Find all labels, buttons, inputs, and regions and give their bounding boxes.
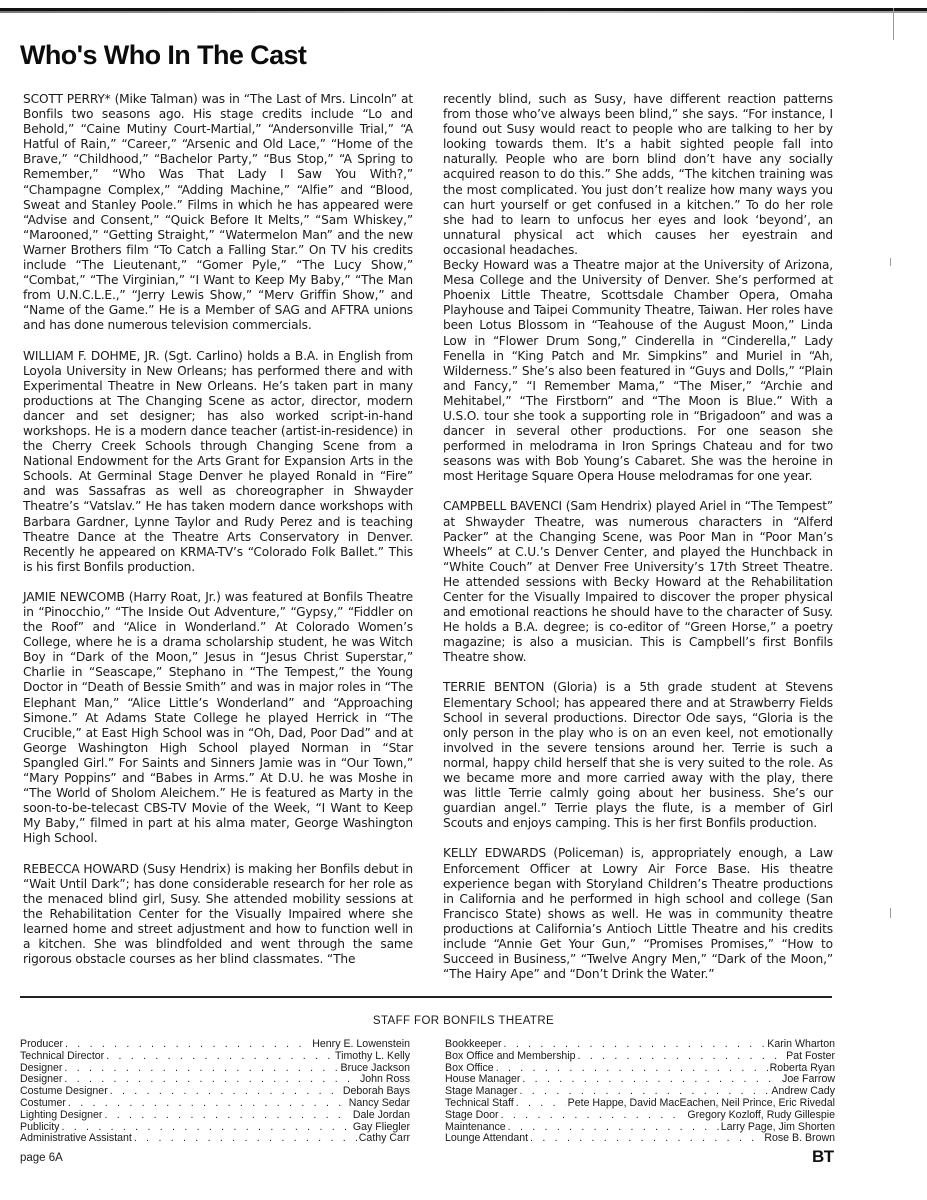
dot-leader [68,1098,347,1110]
edge-mark [890,258,891,266]
dot-leader [530,1133,762,1145]
staff-row: DesignerBruce Jackson [20,1063,410,1075]
staff-row: Technical DirectorTimothy L. Kelly [20,1051,410,1063]
dot-leader [64,1074,358,1086]
staff-role: Technical Director [20,1051,104,1063]
bio-terrie-benton: TERRIE BENTON (Gloria) is a 5th grade st… [443,680,833,831]
staff-row: Administrative AssistantCathy Carr [20,1133,410,1145]
dot-leader [496,1063,768,1075]
staff-row: Lounge AttendantRose B. Brown [445,1133,835,1145]
dot-leader [104,1110,350,1122]
bio-scott-perry: SCOTT PERRY* (Mike Talman) was in “The L… [23,92,413,334]
bio-becky-howard: Becky Howard was a Theatre major at the … [443,258,833,484]
staff-name: Nancy Sedar [349,1098,410,1110]
page-title: Who's Who In The Cast [20,40,306,71]
bio-rebecca-howard-continued: recently blind, such as Susy, have diffe… [443,92,833,258]
staff-row: Lighting DesignerDale Jordan [20,1110,410,1122]
staff-role: Box Office and Membership [445,1051,576,1063]
bio-kelly-edwards: KELLY EDWARDS (Policeman) is, appropriat… [443,846,833,982]
dot-leader [578,1051,785,1063]
staff-role: Administrative Assistant [20,1133,132,1145]
staff-heading: STAFF FOR BONFILS THEATRE [0,1015,927,1027]
staff-name: Pete Happe, David MacEachen, Neil Prince… [568,1098,835,1110]
staff-name: Dale Jordan [353,1110,410,1122]
dot-leader [508,1122,719,1134]
dot-leader [134,1133,357,1145]
staff-role: Lighting Designer [20,1110,102,1122]
staff-row: CostumerNancy Sedar [20,1098,410,1110]
dot-leader [64,1063,338,1075]
staff-role: Stage Door [445,1110,499,1122]
staff-role: Technical Staff [445,1098,514,1110]
edge-mark [890,908,891,918]
staff-name: Timothy L. Kelly [335,1051,410,1063]
dot-leader [110,1086,341,1098]
staff-name: Cathy Carr [359,1133,410,1145]
dot-leader [501,1110,686,1122]
bio-column-right: recently blind, such as Susy, have diffe… [443,92,833,997]
staff-row: Box Office and MembershipPat Foster [445,1051,835,1063]
staff-list-right: BookkeeperKarin Wharton Box Office and M… [445,1039,835,1145]
bio-william-dohme: WILLIAM F. DOHME, JR. (Sgt. Carlino) hol… [23,349,413,575]
bio-column-left: SCOTT PERRY* (Mike Talman) was in “The L… [23,92,413,967]
staff-row: Technical StaffPete Happe, David MacEach… [445,1098,835,1110]
staff-name: Rose B. Brown [764,1133,835,1145]
bio-jamie-newcomb: JAMIE NEWCOMB (Harry Roat, Jr.) was feat… [23,590,413,847]
top-rule-shadow [0,11,927,13]
staff-role: Costumer [20,1098,66,1110]
dot-leader [522,1074,780,1086]
dot-leader [516,1098,566,1110]
bio-campbell-bavenci: CAMPBELL BAVENCI (Sam Hendrix) played Ar… [443,499,833,665]
page-number: page 6A [20,1152,63,1164]
bio-rebecca-howard: REBECCA HOWARD (Susy Hendrix) is making … [23,862,413,968]
staff-list-left: ProducerHenry E. Lowenstein Technical Di… [20,1039,410,1145]
bt-logo: BT [812,1147,834,1167]
staff-name: Pat Foster [786,1051,835,1063]
edge-mark [893,8,894,40]
staff-name: Gregory Kozloff, Rudy Gillespie [687,1110,835,1122]
staff-row: Stage DoorGregory Kozloff, Rudy Gillespi… [445,1110,835,1122]
staff-role: Lounge Attendant [445,1133,528,1145]
section-divider [20,996,832,998]
dot-leader [106,1051,333,1063]
